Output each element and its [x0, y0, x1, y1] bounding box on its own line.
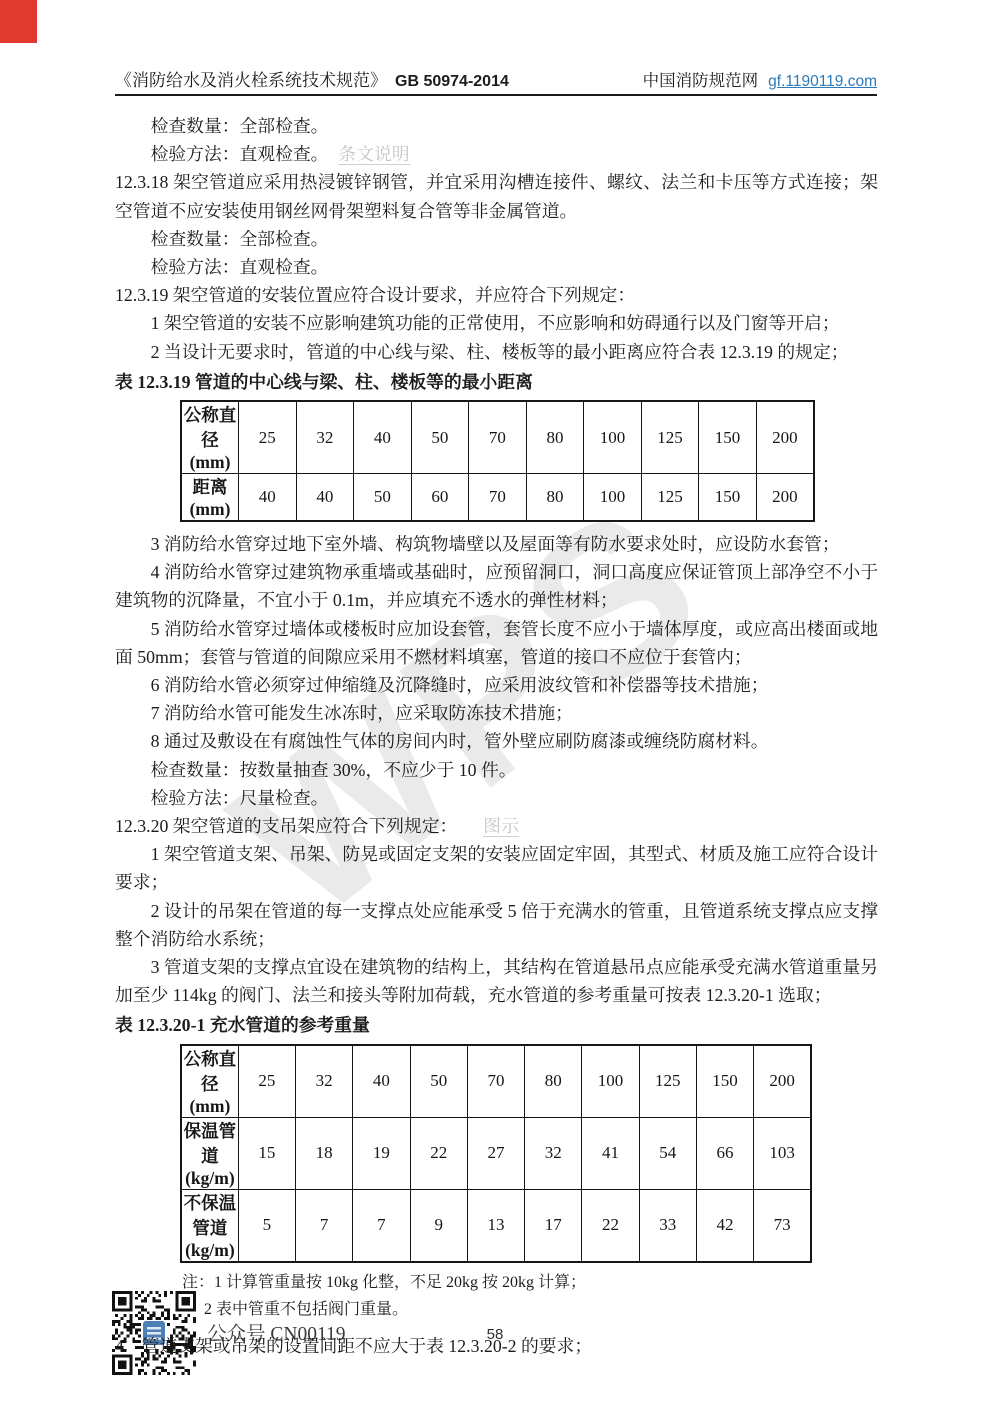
table-row: 公称直径(mm)253240507080100125150200 [181, 1045, 811, 1118]
list-item: 2 当设计无要求时，管道的中心线与梁、柱、楼板等的最小距离应符合表 12.3.1… [115, 338, 878, 366]
page-header: 《消防给水及消火栓系统技术规范》GB 50974-2014 中国消防规范网gf.… [115, 60, 877, 96]
data-cell: 50 [410, 1045, 467, 1118]
data-cell: 32 [296, 401, 354, 474]
data-cell: 9 [410, 1189, 467, 1262]
data-cell: 60 [411, 474, 469, 522]
table-row: 不保温管道(kg/m)5779131722334273 [181, 1189, 811, 1262]
data-cell: 32 [296, 1045, 353, 1118]
table-row: 保温管道(kg/m)151819222732415466103 [181, 1117, 811, 1189]
data-cell: 125 [639, 1045, 696, 1118]
site-link[interactable]: gf.1190119.com [768, 73, 877, 90]
site-name: 中国消防规范网 [643, 71, 759, 90]
data-cell: 22 [582, 1189, 639, 1262]
section-12-3-20: 12.3.20 架空管道的支吊架应符合下列规定：图示 [115, 812, 878, 840]
data-cell: 73 [754, 1189, 811, 1262]
data-cell: 25 [239, 401, 297, 474]
doc-code: GB 50974-2014 [395, 73, 509, 90]
data-cell: 5 [238, 1189, 295, 1262]
data-cell: 150 [696, 1045, 753, 1118]
data-cell: 32 [525, 1117, 582, 1189]
section-12-3-18: 12.3.18 架空管道应采用热浸镀锌钢管，并宜采用沟槽连接件、螺纹、法兰和卡压… [115, 168, 878, 224]
data-cell: 70 [469, 401, 527, 474]
table-12-3-19: 公称直径(mm)253240507080100125150200距离(mm)40… [180, 400, 815, 522]
data-cell: 100 [584, 401, 642, 474]
data-cell: 41 [582, 1117, 639, 1189]
data-cell: 17 [525, 1189, 582, 1262]
row-header-cell: 距离(mm) [181, 474, 239, 522]
data-cell: 70 [467, 1045, 524, 1118]
table-row: 距离(mm)404050607080100125150200 [181, 474, 814, 522]
data-cell: 200 [756, 401, 814, 474]
red-corner-marker [0, 0, 37, 43]
data-cell: 19 [353, 1117, 410, 1189]
data-cell: 125 [641, 401, 699, 474]
list-item: 1 架空管道的安装不应影响建筑功能的正常使用，不应影响和妨碍通行以及门窗等开启； [115, 309, 878, 337]
data-cell: 13 [467, 1189, 524, 1262]
data-cell: 54 [639, 1117, 696, 1189]
data-cell: 200 [754, 1045, 811, 1118]
data-cell: 200 [756, 474, 814, 522]
check-quantity-line: 检查数量：全部检查。 [115, 112, 878, 140]
check-quantity-line: 检查数量：按数量抽查 30%，不应少于 10 件。 [115, 756, 878, 784]
list-item: 7 消防给水管可能发生冰冻时，应采取防冻技术措施； [115, 699, 878, 727]
data-cell: 125 [641, 474, 699, 522]
data-cell: 100 [582, 1045, 639, 1118]
check-quantity-line: 检查数量：全部检查。 [115, 225, 878, 253]
list-item: 5 消防给水管穿过墙体或楼板时应加设套管，套管长度不应小于墙体厚度，或应高出楼面… [115, 615, 878, 671]
table-12-3-20-1-title: 表 12.3.20-1 充水管道的参考重量 [115, 1011, 878, 1039]
document-body: 检查数量：全部检查。 检验方法：直观检查。条文说明 12.3.18 架空管道应采… [115, 112, 878, 1360]
row-header-cell: 保温管道(kg/m) [181, 1117, 238, 1189]
data-cell: 150 [699, 474, 757, 522]
document-page: 《消防给水及消火栓系统技术规范》GB 50974-2014 中国消防规范网gf.… [0, 0, 993, 1403]
note-line: 注：1 计算管重量按 10kg 化整，不足 20kg 按 20kg 计算； [182, 1269, 878, 1296]
tushi-link[interactable]: 图示 [483, 816, 519, 837]
data-cell: 100 [584, 474, 642, 522]
data-cell: 33 [639, 1189, 696, 1262]
data-cell: 80 [525, 1045, 582, 1118]
data-cell: 27 [467, 1117, 524, 1189]
table-12-3-19-title: 表 12.3.19 管道的中心线与梁、柱、楼板等的最小距离 [115, 368, 878, 396]
data-cell: 150 [699, 401, 757, 474]
note-line: 2 表中管重不包括阀门重量。 [182, 1296, 878, 1323]
tiaowen-shuoming-link[interactable]: 条文说明 [338, 144, 409, 165]
list-item: 3 消防给水管穿过地下室外墙、构筑物墙壁以及屋面等有防水要求处时，应设防水套管； [115, 530, 878, 558]
section-12-3-19: 12.3.19 架空管道的安装位置应符合设计要求，并应符合下列规定： [115, 281, 878, 309]
row-header-cell: 公称直径(mm) [181, 1045, 238, 1118]
data-cell: 70 [469, 474, 527, 522]
data-cell: 103 [754, 1117, 811, 1189]
data-cell: 40 [353, 1045, 410, 1118]
check-method-line: 检验方法：直观检查。条文说明 [115, 140, 878, 168]
list-item: 1 架空管道支架、吊架、防晃或固定支架的安装应固定牢固，其型式、材质及施工应符合… [115, 840, 878, 896]
data-cell: 40 [239, 474, 297, 522]
header-site: 中国消防规范网gf.1190119.com [643, 67, 877, 91]
data-cell: 25 [238, 1045, 295, 1118]
table-notes: 注：1 计算管重量按 10kg 化整，不足 20kg 按 20kg 计算； 2 … [182, 1269, 878, 1323]
data-cell: 50 [411, 401, 469, 474]
data-cell: 80 [526, 401, 584, 474]
data-cell: 7 [353, 1189, 410, 1262]
data-cell: 66 [696, 1117, 753, 1189]
data-cell: 18 [296, 1117, 353, 1189]
doc-title: 《消防给水及消火栓系统技术规范》 [115, 71, 387, 90]
list-item: 4 消防给水管穿过建筑物承重墙或基础时，应预留洞口，洞口高度应保证管顶上部净空不… [115, 558, 878, 614]
check-method-line: 检验方法：尺量检查。 [115, 784, 878, 812]
data-cell: 7 [296, 1189, 353, 1262]
list-item: 8 通过及敷设在有腐蚀性气体的房间内时，管外壁应刷防腐漆或缠绕防腐材料。 [115, 727, 878, 755]
list-item: 2 设计的吊架在管道的每一支撑点处应能承受 5 倍于充满水的管重，且管道系统支撑… [115, 897, 878, 953]
data-cell: 50 [354, 474, 412, 522]
list-item: 6 消防给水管必须穿过伸缩缝及沉降缝时，应采用波纹管和补偿器等技术措施； [115, 671, 878, 699]
data-cell: 15 [238, 1117, 295, 1189]
header-title: 《消防给水及消火栓系统技术规范》GB 50974-2014 [115, 66, 509, 91]
check-method-line: 检验方法：直观检查。 [115, 253, 878, 281]
table-12-3-20-1: 公称直径(mm)253240507080100125150200保温管道(kg/… [180, 1044, 812, 1263]
data-cell: 40 [296, 474, 354, 522]
list-item: 3 管道支架的支撑点宜设在建筑物的结构上，其结构在管道悬吊点应能承受充满水管道重… [115, 953, 878, 1009]
data-cell: 42 [696, 1189, 753, 1262]
row-header-cell: 不保温管道(kg/m) [181, 1189, 238, 1262]
data-cell: 40 [354, 401, 412, 474]
table-row: 公称直径(mm)253240507080100125150200 [181, 401, 814, 474]
row-header-cell: 公称直径(mm) [181, 401, 239, 474]
data-cell: 80 [526, 474, 584, 522]
data-cell: 22 [410, 1117, 467, 1189]
list-item: 4 管道支架或吊架的设置间距不应大于表 12.3.20-2 的要求； [115, 1332, 878, 1360]
